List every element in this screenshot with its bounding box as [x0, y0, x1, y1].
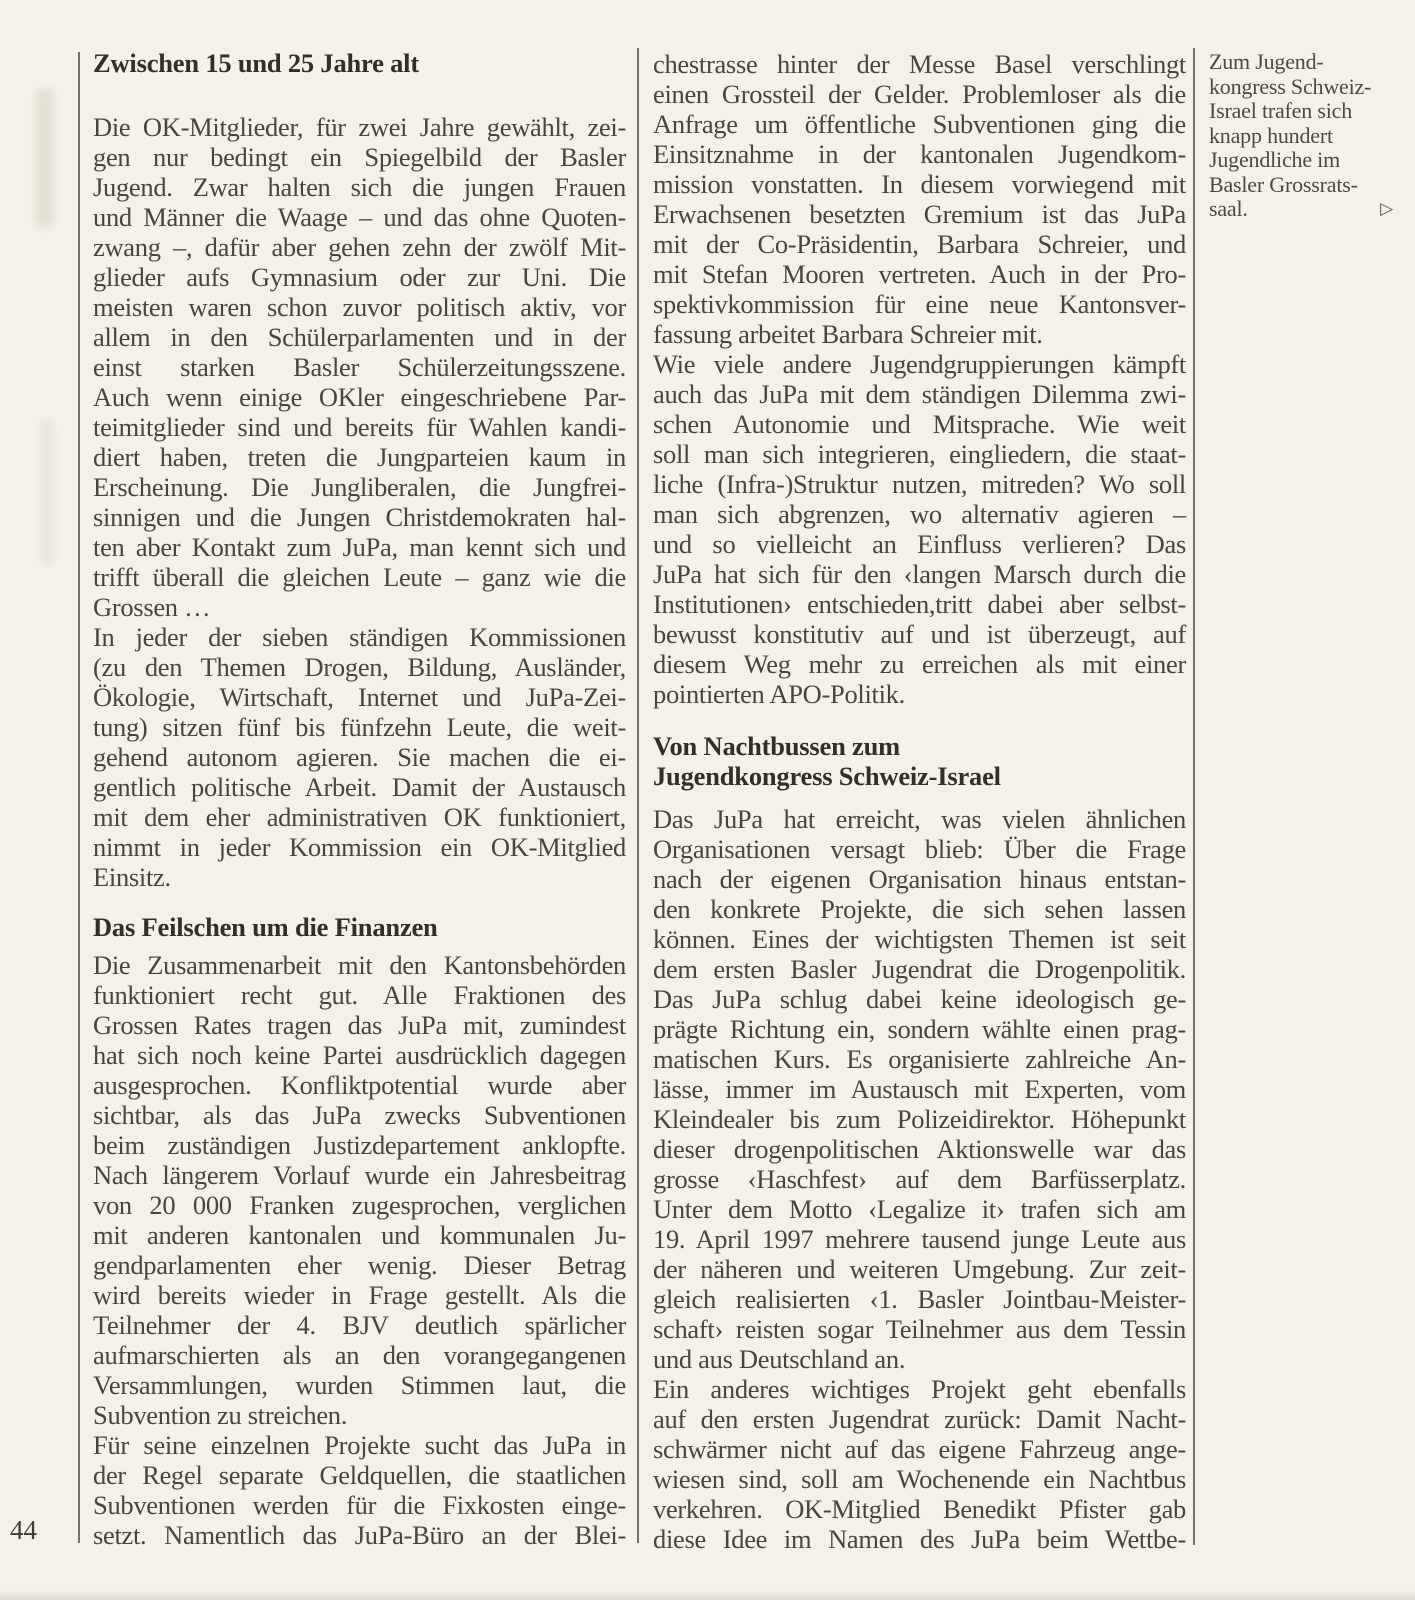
margin-divider-rule: [1193, 48, 1195, 1545]
paragraph: Das JuPa hat erreicht, was vielen ähnlic…: [653, 804, 1186, 1374]
paragraph: Wie viele andere Jugendgruppierungen käm…: [653, 349, 1186, 709]
text-line: Grossen …: [93, 592, 626, 622]
text-line: spektivkommission für eine neue Kantonsv…: [653, 289, 1186, 319]
text-line: prägte Richtung ein, sondern wählte eine…: [653, 1014, 1186, 1044]
text-line: dem ersten Basler Jugendrat die Drogenpo…: [653, 954, 1186, 984]
text-line: und Männer die Waage – und das ohne Quot…: [93, 202, 626, 232]
text-line: sinnigen und die Jungen Christdemokraten…: [93, 502, 626, 532]
margin-note-line: saal.▷: [1209, 197, 1393, 222]
page-number: 44: [10, 1515, 37, 1546]
text-line: mit der Co-Präsidentin, Barbara Schreier…: [653, 229, 1186, 259]
text-line: schwärmer nicht auf das eigene Fahrzeug …: [653, 1434, 1186, 1464]
continuation-triangle-icon: ▷: [1380, 197, 1393, 222]
text-line: bewusst konstitutiv auf und ist überzeug…: [653, 619, 1186, 649]
heading-line: Von Nachtbussen zum: [653, 731, 1186, 761]
text-line: auch das JuPa mit dem ständigen Dilemma …: [653, 379, 1186, 409]
text-line: Kleindealer bis zum Polizeidirektor. Höh…: [653, 1104, 1186, 1134]
text-line: tung) sitzen fünf bis fünfzehn Leute, di…: [93, 712, 626, 742]
text-line: auf den ersten Jugendrat zurück: Damit N…: [653, 1404, 1186, 1434]
margin-note-text: Israel trafen sich: [1209, 98, 1352, 123]
text-line: gehend autonom agieren. Sie machen die e…: [93, 742, 626, 772]
text-line: Das JuPa hat erreicht, was vielen ähnlic…: [653, 804, 1186, 834]
text-line: Die OK-Mitglieder, für zwei Jahre gewähl…: [93, 112, 626, 142]
text-line: Grossen Rates tragen das JuPa mit, zumin…: [93, 1010, 626, 1040]
margin-note-text: Zum Jugend-: [1209, 49, 1324, 74]
margin-note-text: saal.: [1209, 197, 1248, 222]
margin-note-line: Israel trafen sich: [1209, 99, 1393, 124]
text-line: Einsitz.: [93, 862, 626, 892]
text-line: und so vielleicht an Einfluss verlieren?…: [653, 529, 1186, 559]
text-line: schaft› reisten sogar Teilnehmer aus dem…: [653, 1314, 1186, 1344]
column-divider-rule: [637, 48, 639, 1543]
text-line: Ökologie, Wirtschaft, Internet und JuPa-…: [93, 682, 626, 712]
text-line: pointierten APO-Politik.: [653, 679, 1186, 709]
text-line: Jugend. Zwar halten sich die jungen Frau…: [93, 172, 626, 202]
text-line: meisten waren schon zuvor politisch akti…: [93, 292, 626, 322]
text-line: grosse ‹Haschfest› auf dem Barfüsserplat…: [653, 1164, 1186, 1194]
text-line: JuPa hat sich für den ‹langen Marsch dur…: [653, 559, 1186, 589]
text-line: Unter dem Motto ‹Legalize it› trafen sic…: [653, 1194, 1186, 1224]
text-line: der Regel separate Geldquellen, die staa…: [93, 1460, 626, 1490]
text-line: chestrasse hinter der Messe Basel versch…: [653, 49, 1186, 79]
text-line: gentlich politische Arbeit. Damit der Au…: [93, 772, 626, 802]
paragraph: chestrasse hinter der Messe Basel versch…: [653, 49, 1186, 349]
text-line: Erscheinung. Die Jungliberalen, die Jung…: [93, 472, 626, 502]
page-bottom-edge: [0, 1590, 1415, 1600]
text-line: von 20 000 Franken zugesprochen, verglic…: [93, 1190, 626, 1220]
margin-note-text: Jugendliche im: [1209, 147, 1340, 172]
text-line: Subventionen werden für die Fixkosten ei…: [93, 1490, 626, 1520]
text-line: diese Idee im Namen des JuPa beim Wettbe…: [653, 1524, 1186, 1554]
left-column: Zwischen 15 und 25 Jahre altDie OK-Mitgl…: [93, 48, 626, 1550]
text-line: nimmt in jeder Kommission ein OK-Mitglie…: [93, 832, 626, 862]
text-line: In jeder der sieben ständigen Kommission…: [93, 622, 626, 652]
text-line: soll man sich integrieren, eingliedern, …: [653, 439, 1186, 469]
text-line: glieder aufs Gymnasium oder zur Uni. Die: [93, 262, 626, 292]
text-line: Ein anderes wichtiges Projekt geht ebenf…: [653, 1374, 1186, 1404]
margin-note-line: Zum Jugend-: [1209, 50, 1393, 75]
text-line: gen nur bedingt ein Spiegelbild der Basl…: [93, 142, 626, 172]
text-line: schen Autonomie und Mitsprache. Wie weit: [653, 409, 1186, 439]
text-line: und aus Deutschland an.: [653, 1344, 1186, 1374]
text-line: verkehren. OK-Mitglied Benedikt Pfister …: [653, 1494, 1186, 1524]
text-line: mit Stefan Mooren vertreten. Auch in der…: [653, 259, 1186, 289]
text-line: Für seine einzelnen Projekte sucht das J…: [93, 1430, 626, 1460]
text-line: Wie viele andere Jugendgruppierungen käm…: [653, 349, 1186, 379]
text-line: lässe, immer im Austausch mit Experten, …: [653, 1074, 1186, 1104]
text-line: diert haben, treten die Jungparteien kau…: [93, 442, 626, 472]
text-line: Anfrage um öffentliche Subventionen ging…: [653, 109, 1186, 139]
text-line: liche (Infra-)Struktur nutzen, mitreden?…: [653, 469, 1186, 499]
text-line: ausgesprochen. Konfliktpotential wurde a…: [93, 1070, 626, 1100]
text-line: Versammlungen, wurden Stimmen laut, die: [93, 1370, 626, 1400]
text-line: man sich abgrenzen, wo alternativ agiere…: [653, 499, 1186, 529]
text-line: wird bereits wieder in Frage gestellt. A…: [93, 1280, 626, 1310]
heading-line: Das Feilschen um die Finanzen: [93, 912, 626, 942]
paragraph: Ein anderes wichtiges Projekt geht ebenf…: [653, 1374, 1186, 1554]
text-line: matischen Kurs. Es organisierte zahlreic…: [653, 1044, 1186, 1074]
text-line: nach der eigenen Organisation hinaus ent…: [653, 864, 1186, 894]
text-line: Organisationen versagt blieb: Über die F…: [653, 834, 1186, 864]
text-line: einen Grossteil der Gelder. Problemloser…: [653, 79, 1186, 109]
margin-note-line: Jugendliche im: [1209, 148, 1393, 173]
text-line: teimitglieder sind und bereits für Wahle…: [93, 412, 626, 442]
text-line: ten aber Kontakt zum JuPa, man kennt sic…: [93, 532, 626, 562]
section-heading-zwischen: Zwischen 15 und 25 Jahre alt: [93, 48, 626, 78]
text-line: dieser drogenpolitischen Aktionswelle wa…: [653, 1134, 1186, 1164]
margin-note-line: knapp hundert: [1209, 124, 1393, 149]
text-line: allem in den Schülerparlamenten und in d…: [93, 322, 626, 352]
scan-smudge: [40, 420, 54, 565]
text-line: Nach längerem Vorlauf wurde ein Jahresbe…: [93, 1160, 626, 1190]
text-line: mit dem eher administrativen OK funktion…: [93, 802, 626, 832]
paragraph: Für seine einzelnen Projekte sucht das J…: [93, 1430, 626, 1550]
heading-line: Zwischen 15 und 25 Jahre alt: [93, 48, 626, 78]
text-line: beim zuständigen Justizdepartement anklo…: [93, 1130, 626, 1160]
text-line: Teilnehmer der 4. BJV deutlich spärliche…: [93, 1310, 626, 1340]
text-line: 19. April 1997 mehrere tausend junge Leu…: [653, 1224, 1186, 1254]
text-line: können. Eines der wichtigsten Themen ist…: [653, 924, 1186, 954]
text-line: trifft überall die gleichen Leute – ganz…: [93, 562, 626, 592]
text-line: fassung arbeitet Barbara Schreier mit.: [653, 319, 1186, 349]
margin-note: Zum Jugend-kongress Schweiz-Israel trafe…: [1209, 50, 1393, 222]
text-line: Institutionen› entschieden,tritt dabei a…: [653, 589, 1186, 619]
text-line: zwang –, dafür aber gehen zehn der zwölf…: [93, 232, 626, 262]
text-line: einst starken Basler Schülerzeitungsszen…: [93, 352, 626, 382]
text-line: Subvention zu streichen.: [93, 1400, 626, 1430]
text-line: mission vonstatten. In diesem vorwiegend…: [653, 169, 1186, 199]
text-line: Auch wenn einige OKler eingeschriebene P…: [93, 382, 626, 412]
text-line: gleich realisierten ‹1. Basler Jointbau-…: [653, 1284, 1186, 1314]
text-line: sichtbar, als das JuPa zwecks Subvention…: [93, 1100, 626, 1130]
margin-note-text: knapp hundert: [1209, 123, 1333, 148]
margin-note-line: kongress Schweiz-: [1209, 75, 1393, 100]
text-line: diesem Weg mehr zu erreichen als mit ein…: [653, 649, 1186, 679]
text-line: Das JuPa schlug dabei keine ideologisch …: [653, 984, 1186, 1014]
left-column-rule: [78, 52, 80, 1543]
margin-note-text: Basler Grossrats-: [1209, 172, 1358, 197]
text-line: wiesen sind, soll am Wochenende ein Nach…: [653, 1464, 1186, 1494]
paragraph: Die OK-Mitglieder, für zwei Jahre gewähl…: [93, 112, 626, 622]
middle-column: chestrasse hinter der Messe Basel versch…: [653, 49, 1186, 1554]
text-line: Die Zusammenarbeit mit den Kantonsbehörd…: [93, 950, 626, 980]
text-line: Erwachsenen besetzten Gremium ist das Ju…: [653, 199, 1186, 229]
text-line: den konkrete Projekte, die sich sehen la…: [653, 894, 1186, 924]
paragraph: Die Zusammenarbeit mit den Kantonsbehörd…: [93, 950, 626, 1430]
text-line: hat sich noch keine Partei ausdrücklich …: [93, 1040, 626, 1070]
text-line: der näheren und weiteren Umgebung. Zur z…: [653, 1254, 1186, 1284]
magazine-page: Zwischen 15 und 25 Jahre altDie OK-Mitgl…: [0, 0, 1415, 1600]
heading-line: Jugendkongress Schweiz-Israel: [653, 761, 1186, 791]
scan-smudge: [36, 88, 54, 228]
text-line: Einsitznahme in der kantonalen Jugendkom…: [653, 139, 1186, 169]
margin-note-line: Basler Grossrats-: [1209, 173, 1393, 198]
section-heading-nachtbussen: Von Nachtbussen zumJugendkongress Schwei…: [653, 731, 1186, 791]
text-line: (zu den Themen Drogen, Bildung, Auslände…: [93, 652, 626, 682]
text-line: aufmarschierten als an den vorangegangen…: [93, 1340, 626, 1370]
paragraph: In jeder der sieben ständigen Kommission…: [93, 622, 626, 892]
text-line: setzt. Namentlich das JuPa-Büro an der B…: [93, 1520, 626, 1550]
text-line: funktioniert recht gut. Alle Fraktionen …: [93, 980, 626, 1010]
text-line: gendparlamenten eher wenig. Dieser Betra…: [93, 1250, 626, 1280]
text-line: mit anderen kantonalen und kommunalen Ju…: [93, 1220, 626, 1250]
section-heading-feilschen: Das Feilschen um die Finanzen: [93, 912, 626, 942]
margin-note-text: kongress Schweiz-: [1209, 74, 1371, 99]
